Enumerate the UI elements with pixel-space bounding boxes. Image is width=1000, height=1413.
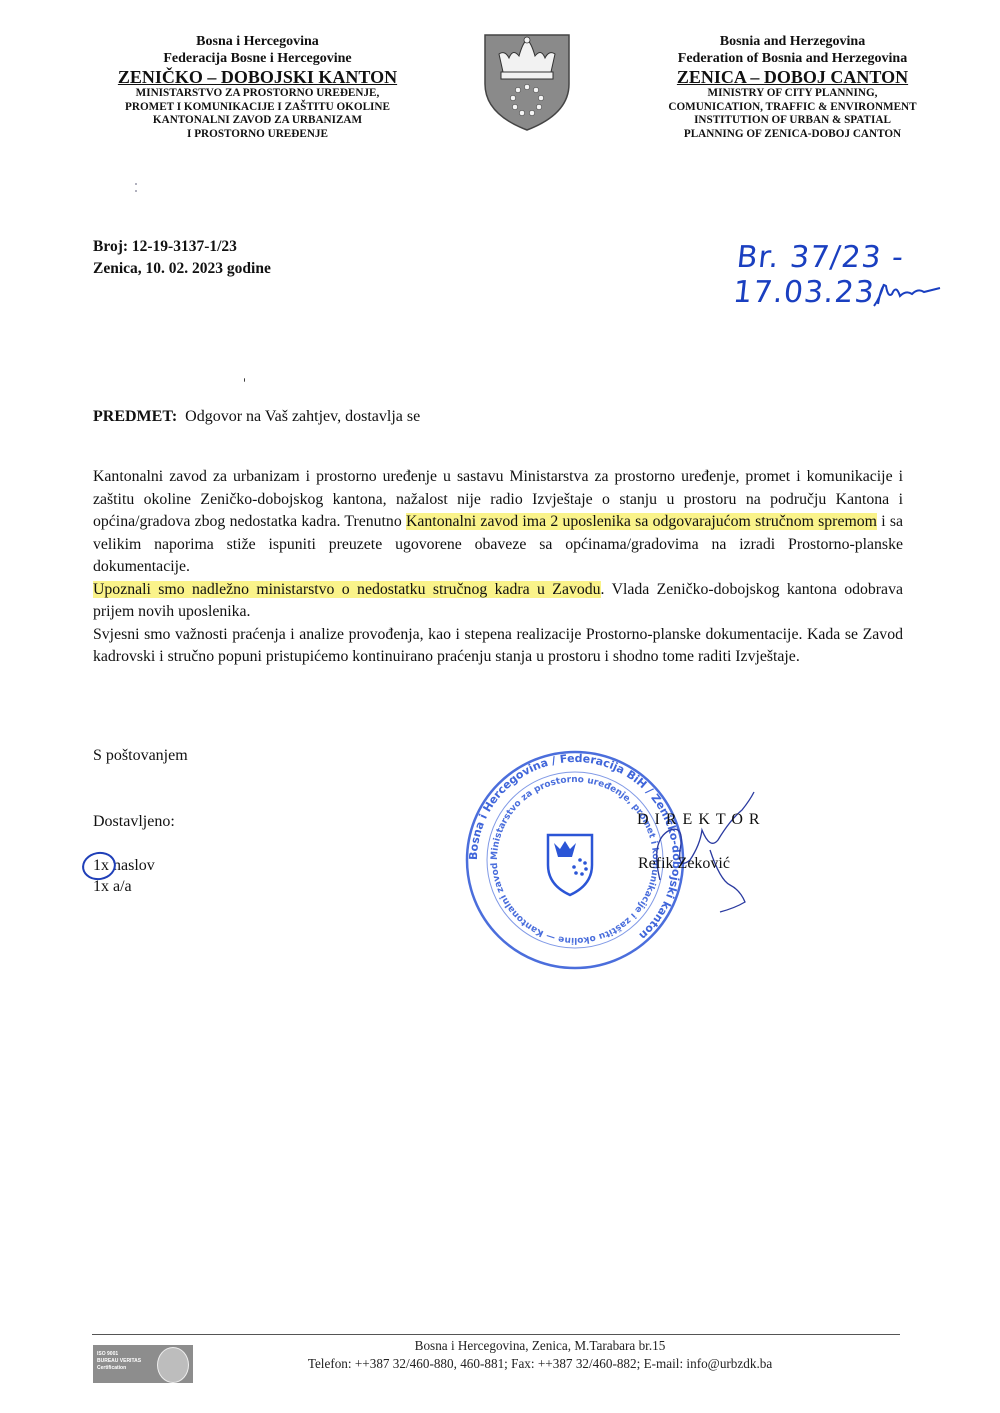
highlighted-text-ministry: Upoznali smo nadležno ministarstvo o ned… xyxy=(93,581,601,598)
reference-number: Broj: 12-19-3137-1/23 xyxy=(93,236,271,258)
handwritten-initials-icon xyxy=(870,278,970,313)
scan-speck xyxy=(135,190,137,192)
place-date: Zenica, 10. 02. 2023 godine xyxy=(93,258,271,280)
footer-contact: Bosna i Hercegovina, Zenica, M.Tarabara … xyxy=(200,1337,880,1373)
country-name: Bosna i Hercegovina xyxy=(80,33,435,50)
ministry-line-2: PROMET I KOMUNIKACIJE I ZAŠTITU OKOLINE xyxy=(80,101,435,115)
certification-logo: ISO 9001 BUREAU VERITAS Certification xyxy=(93,1345,193,1383)
ministry-line-1-en: MINISTRY OF CITY PLANNING, xyxy=(610,87,975,101)
footer-divider xyxy=(92,1334,900,1335)
paragraph-3: Svjesni smo važnosti praćenja i analize … xyxy=(93,624,903,669)
letter-body: Kantonalni zavod za urbanizam i prostorn… xyxy=(93,466,903,669)
signatory-title: DIREKTOR xyxy=(637,811,766,829)
institute-line-2-en: PLANNING OF ZENICA-DOBOJ CANTON xyxy=(610,128,975,142)
delivered-label: Dostavljeno: xyxy=(93,813,175,831)
footer-address: Bosna i Hercegovina, Zenica, M.Tarabara … xyxy=(200,1337,880,1355)
paragraph-2: Upoznali smo nadležno ministarstvo o ned… xyxy=(93,579,903,624)
coat-of-arms-icon xyxy=(481,32,573,132)
scan-speck xyxy=(244,378,245,382)
federation-name-en: Federation of Bosnia and Herzegovina xyxy=(610,50,975,67)
subject-text: Odgovor na Vaš zahtjev, dostavlja se xyxy=(185,408,420,425)
closing-salutation: S poštovanjem xyxy=(93,747,188,765)
cert-line: BUREAU VERITAS xyxy=(97,1358,141,1365)
institute-line-1: KANTONALNI ZAVOD ZA URBANIZAM xyxy=(80,114,435,128)
document-reference: Broj: 12-19-3137-1/23 Zenica, 10. 02. 20… xyxy=(93,236,271,280)
canton-name-en: ZENICA – DOBOJ CANTON xyxy=(610,67,975,87)
cert-line: ISO 9001 xyxy=(97,1351,141,1358)
highlighted-text-staff: Kantonalni zavod ima 2 uposlenika sa odg… xyxy=(406,513,877,530)
bureau-veritas-seal-icon xyxy=(157,1347,189,1383)
header-left: Bosna i Hercegovina Federacija Bosne i H… xyxy=(80,33,435,141)
signatory-name: Refik Zeković xyxy=(638,855,730,873)
institute-line-2: I PROSTORNO UREĐENJE xyxy=(80,128,435,142)
country-name-en: Bosnia and Herzegovina xyxy=(610,33,975,50)
header-right: Bosnia and Herzegovina Federation of Bos… xyxy=(610,33,975,141)
ministry-line-2-en: COMUNICATION, TRAFFIC & ENVIRONMENT xyxy=(610,101,975,115)
cert-line: Certification xyxy=(97,1365,141,1372)
paragraph-1: Kantonalni zavod za urbanizam i prostorn… xyxy=(93,466,903,579)
institute-line-1-en: INSTITUTION OF URBAN & SPATIAL xyxy=(610,114,975,128)
ministry-line-1: MINISTARSTVO ZA PROSTORNO UREĐENJE, xyxy=(80,87,435,101)
canton-name: ZENIČKO – DOBOJSKI KANTON xyxy=(80,67,435,87)
certification-text: ISO 9001 BUREAU VERITAS Certification xyxy=(97,1351,141,1372)
subject-label: PREDMET: xyxy=(93,408,177,425)
subject-line: PREDMET:Odgovor na Vaš zahtjev, dostavlj… xyxy=(93,408,420,426)
federation-name: Federacija Bosne i Hercegovine xyxy=(80,50,435,67)
scan-speck xyxy=(135,183,137,185)
footer-phone-email: Telefon: ++387 32/460-880, 460-881; Fax:… xyxy=(200,1355,880,1373)
